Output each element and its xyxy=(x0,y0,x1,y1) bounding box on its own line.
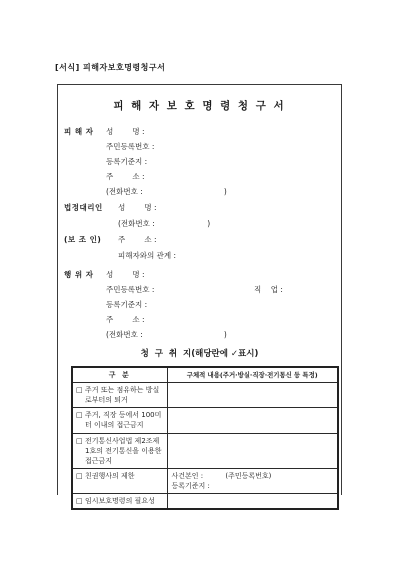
victim-rrn-field: 주민등록번호 : xyxy=(106,141,154,152)
offender-section: 행 위 자 성 명 : 주민등록번호 : 직 업 : 등록기준지 : 주 소 :… xyxy=(64,269,227,344)
claim-row-eviction-label: 주거 또는 점유하는 방실로부터의 퇴거 xyxy=(85,385,164,405)
victim-address-field: 주 소 : xyxy=(106,171,144,182)
claim-row-eviction-content xyxy=(167,383,338,408)
offender-party-label: 행 위 자 xyxy=(64,269,106,280)
checkbox-unchecked-icon: □ xyxy=(76,385,85,405)
victim-registry-line: 등록기준지 : xyxy=(64,156,227,171)
offender-address-field: 주 소 : xyxy=(106,314,144,325)
col-header-details: 구체적 내용(주거·방실·직장·전기통신 등 특정) xyxy=(167,367,338,383)
case-person-field: 사건본인 : (주민등록번호) xyxy=(172,471,334,481)
offender-name-line: 행 위 자 성 명 : xyxy=(64,269,227,284)
victim-name-field: 성 명 : xyxy=(106,126,144,137)
assistant-address-field: 주 소 : xyxy=(118,234,156,245)
legal-rep-section: 법정대리인 성 명 : (전화번호 : ) (보 조 인) 주 소 : 피해자와… xyxy=(64,202,210,266)
offender-rrn-line: 주민등록번호 : 직 업 : xyxy=(64,284,227,299)
form-border-box: 피 해 자 보 호 명 령 청 구 서 피 해 자 성 명 : 주민등록번호 :… xyxy=(57,84,342,495)
victim-rrn-line: 주민등록번호 : xyxy=(64,141,227,156)
claim-row-eviction: □ 주거 또는 점유하는 방실로부터의 퇴거 xyxy=(72,383,338,408)
claim-purpose-heading: 청 구 취 지(해당란에 ✓표시) xyxy=(58,347,341,359)
offender-address-line: 주 소 : xyxy=(64,314,227,329)
claim-row-telecom-content xyxy=(167,433,338,468)
victim-phone-line: (전화번호 : ) xyxy=(64,186,227,201)
legalrep-phone-line: (전화번호 : ) xyxy=(64,218,210,234)
offender-registry-line: 등록기준지 : xyxy=(64,299,227,314)
claim-row-telecom-restraining: □ 전기통신사업법 제2조제1호의 전기통신을 이용한 접근금지 xyxy=(72,433,338,468)
col-header-category: 구 분 xyxy=(72,367,167,383)
claim-row-temporary-protection: □ 임시보호명령의 필요성 xyxy=(72,494,338,510)
assistant-party-label: (보 조 인) xyxy=(64,234,118,245)
claim-row-temporary-content xyxy=(167,494,338,510)
claim-row-parental-rights-limit: □ 친권행사의 제한 사건본인 : (주민등록번호) 등록기준지 : xyxy=(72,468,338,493)
page-title: 피 해 자 보 호 명 령 청 구 서 xyxy=(58,98,341,113)
form-label: [서식] 피해자보호명령청구서 xyxy=(55,62,165,73)
victim-name-line: 피 해 자 성 명 : xyxy=(64,126,227,141)
offender-phone-field: (전화번호 : ) xyxy=(106,329,227,340)
checkbox-unchecked-icon: □ xyxy=(76,471,85,481)
claim-row-temporary-label: 임시보호명령의 필요성 xyxy=(85,496,164,506)
victim-registry-field: 등록기준지 : xyxy=(106,156,147,167)
victim-party-label: 피 해 자 xyxy=(64,126,106,137)
checkbox-unchecked-icon: □ xyxy=(76,496,85,506)
claim-row-100m-content xyxy=(167,408,338,433)
claim-table-header-row: 구 분 구체적 내용(주거·방실·직장·전기통신 등 특정) xyxy=(72,367,338,383)
claim-row-100m-label: 주거, 직장 등에서 100미터 이내의 접근금지 xyxy=(85,410,164,430)
legalrep-name-field: 성 명 : xyxy=(118,202,156,213)
claim-row-100m-restraining: □ 주거, 직장 등에서 100미터 이내의 접근금지 xyxy=(72,408,338,433)
checkbox-unchecked-icon: □ xyxy=(76,436,85,466)
claim-table: 구 분 구체적 내용(주거·방실·직장·전기통신 등 특정) □ 주거 또는 점… xyxy=(71,366,339,510)
legalrep-party-label: 법정대리인 xyxy=(64,202,118,213)
claim-row-parental-label: 친권행사의 제한 xyxy=(85,471,164,481)
offender-phone-line: (전화번호 : ) xyxy=(64,329,227,344)
offender-name-field: 성 명 : xyxy=(106,269,144,280)
offender-occupation-field: 직 업 : xyxy=(254,284,283,295)
checkbox-unchecked-icon: □ xyxy=(76,410,85,430)
victim-section: 피 해 자 성 명 : 주민등록번호 : 등록기준지 : 주 소 : (전화번호… xyxy=(64,126,227,201)
legalrep-name-line: 법정대리인 성 명 : xyxy=(64,202,210,218)
claim-row-parental-content: 사건본인 : (주민등록번호) 등록기준지 : xyxy=(167,468,338,493)
claim-row-telecom-label: 전기통신사업법 제2조제1호의 전기통신을 이용한 접근금지 xyxy=(85,436,164,466)
offender-rrn-field: 주민등록번호 : xyxy=(106,284,154,295)
victim-address-line: 주 소 : xyxy=(64,171,227,186)
relationship-field: 피해자와의 관계 : xyxy=(118,250,176,261)
offender-registry-field: 등록기준지 : xyxy=(106,299,147,310)
assistant-address-line: (보 조 인) 주 소 : xyxy=(64,234,210,250)
legalrep-phone-field: (전화번호 : ) xyxy=(118,218,210,229)
relationship-line: 피해자와의 관계 : xyxy=(64,250,210,266)
victim-phone-field: (전화번호 : ) xyxy=(106,186,227,197)
case-person-registry-field: 등록기준지 : xyxy=(172,481,334,491)
